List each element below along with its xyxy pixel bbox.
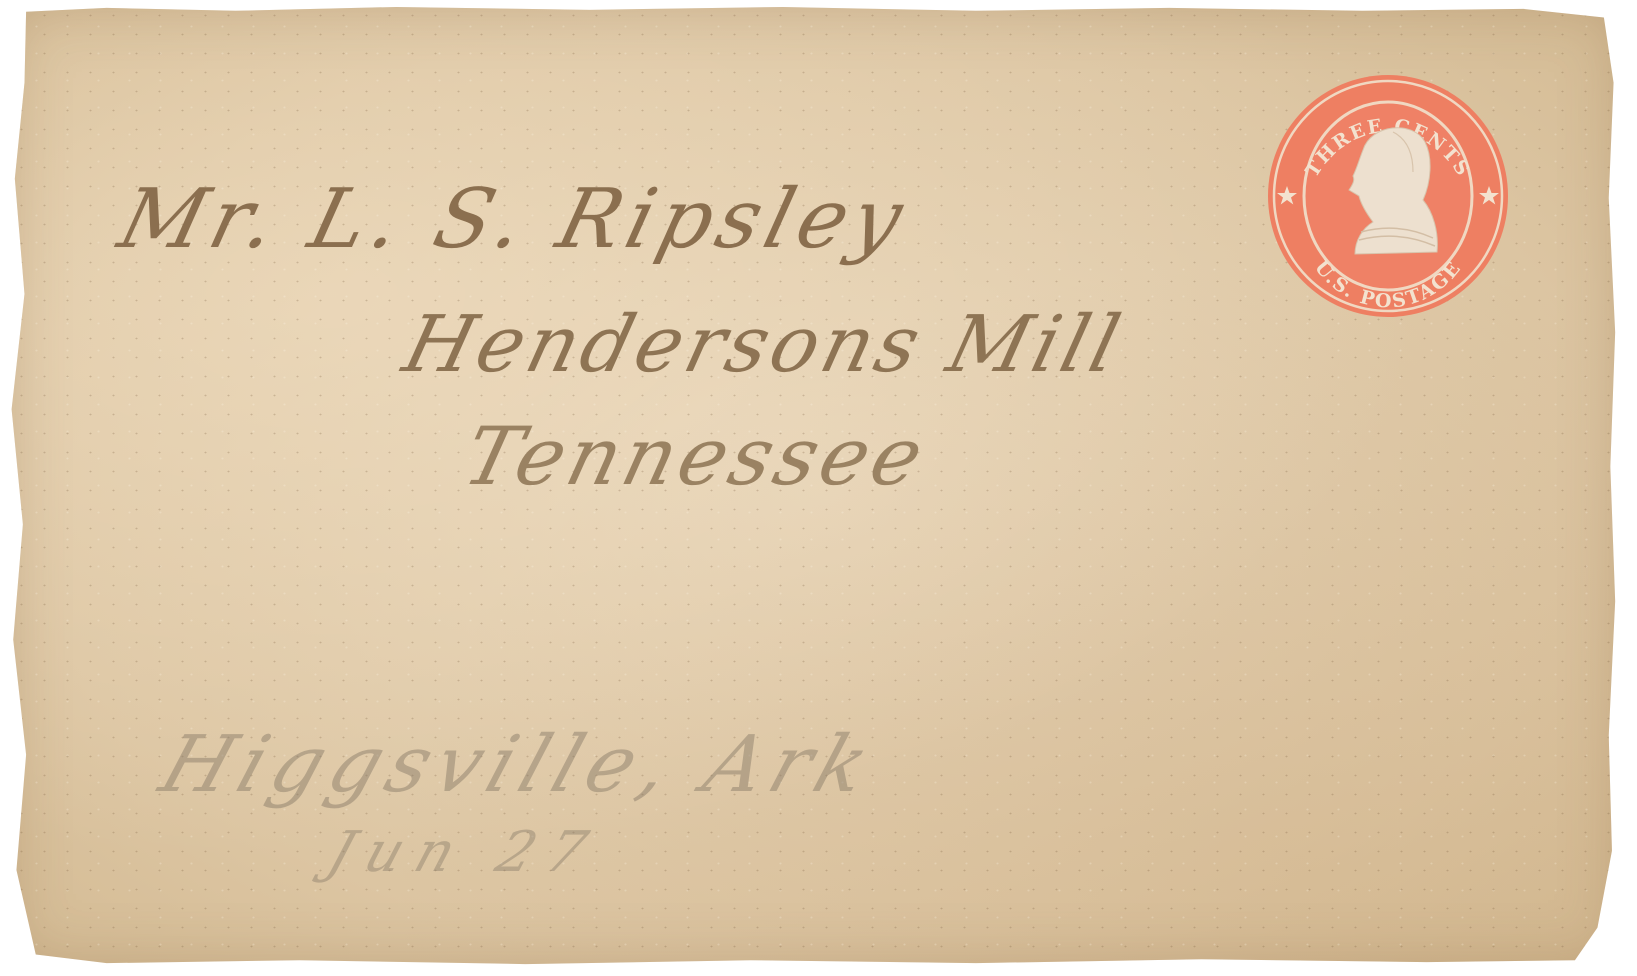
address-town: Hendersons Mill — [395, 300, 1132, 390]
embossed-stamp: THREE CENTS U.S. POSTAGE — [1263, 72, 1513, 320]
stamp-graphic: THREE CENTS U.S. POSTAGE — [1263, 72, 1513, 320]
address-state: Tennessee — [455, 410, 936, 503]
pencil-notation-origin: Higgsville, Ark — [150, 720, 888, 810]
pencil-notation-date: Jun 27 — [320, 820, 609, 885]
address-recipient: Mr. L. S. Ripsley — [110, 172, 918, 267]
